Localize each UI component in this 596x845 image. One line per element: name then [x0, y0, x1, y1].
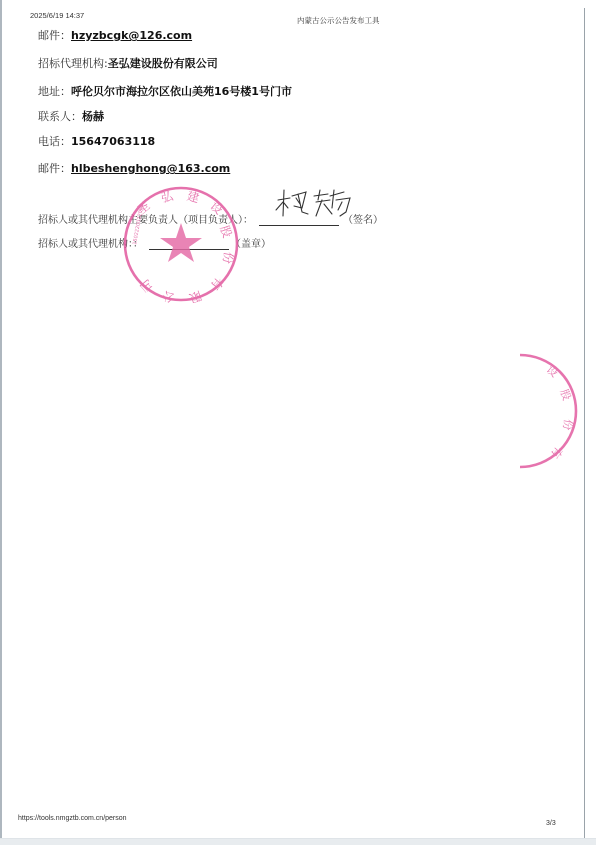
email1-line: 邮件：hzyzbcgk@126.com	[38, 27, 192, 43]
svg-text:有: 有	[208, 274, 226, 292]
seam-seal-stamp: 设 股 份 有	[520, 352, 586, 470]
scan-left-edge	[0, 0, 2, 845]
principal-signature-row: 招标人或其代理机构主要负责人（项目负责人）：（签名）	[38, 211, 383, 226]
page-number: 3/3	[546, 820, 556, 827]
svg-text:限: 限	[187, 288, 203, 303]
contact-person-value: 杨赫	[82, 110, 104, 123]
document-page: 2025/6/19 14:37 内蒙古公示公告发布工具 邮件：hzyzbcgk@…	[0, 0, 596, 845]
email2-label: 邮件：	[38, 162, 71, 175]
seal-suffix: （盖章）	[231, 239, 271, 250]
svg-text:弘: 弘	[159, 189, 175, 206]
address-label: 地址：	[38, 85, 71, 98]
email2-link[interactable]: hlbeshenghong@163.com	[71, 162, 230, 175]
seal-label: 招标人或其代理机构：：	[38, 239, 143, 250]
print-timestamp: 2025/6/19 14:37	[30, 11, 84, 20]
signature-blank	[259, 215, 339, 226]
scan-right-edge	[584, 8, 585, 840]
phone-line: 电话：15647063118	[38, 133, 155, 149]
svg-text:公: 公	[161, 288, 177, 303]
email1-link[interactable]: hzyzbcgk@126.com	[71, 29, 192, 42]
contact-person-label: 联系人：	[38, 110, 82, 123]
phone-value: 15647063118	[71, 135, 155, 148]
agency-line: 招标代理机构:圣弘建设股份有限公司	[38, 55, 218, 71]
contact-person-line: 联系人：杨赫	[38, 108, 104, 124]
scan-bottom-band	[0, 838, 596, 845]
svg-text:司: 司	[138, 276, 156, 294]
email2-line: 邮件：hlbeshenghong@163.com	[38, 160, 230, 176]
svg-text:股: 股	[557, 387, 573, 402]
principal-suffix: （签名）	[343, 215, 383, 226]
seal-blank	[149, 239, 229, 250]
phone-label: 电话：	[38, 135, 71, 148]
svg-text:份: 份	[560, 418, 575, 431]
agency-value: 圣弘建设股份有限公司	[108, 57, 218, 70]
address-line: 地址：呼伦贝尔市海拉尔区依山美苑16号楼1号门市	[38, 83, 292, 99]
svg-text:设: 设	[544, 363, 561, 380]
svg-text:份: 份	[220, 251, 236, 265]
principal-label: 招标人或其代理机构主要负责人（项目负责人）：	[38, 215, 253, 226]
agency-label: 招标代理机构:	[38, 57, 108, 70]
svg-text:有: 有	[548, 444, 565, 461]
seal-row: 招标人或其代理机构：：（盖章）	[38, 235, 271, 250]
svg-text:建: 建	[185, 188, 200, 206]
address-value: 呼伦贝尔市海拉尔区依山美苑16号楼1号门市	[71, 85, 292, 98]
footer-url-link[interactable]: https://tools.nmgztb.com.cn/person	[18, 815, 127, 822]
print-header-title: 内蒙古公示公告发布工具	[297, 15, 380, 26]
email1-label: 邮件：	[38, 29, 71, 42]
